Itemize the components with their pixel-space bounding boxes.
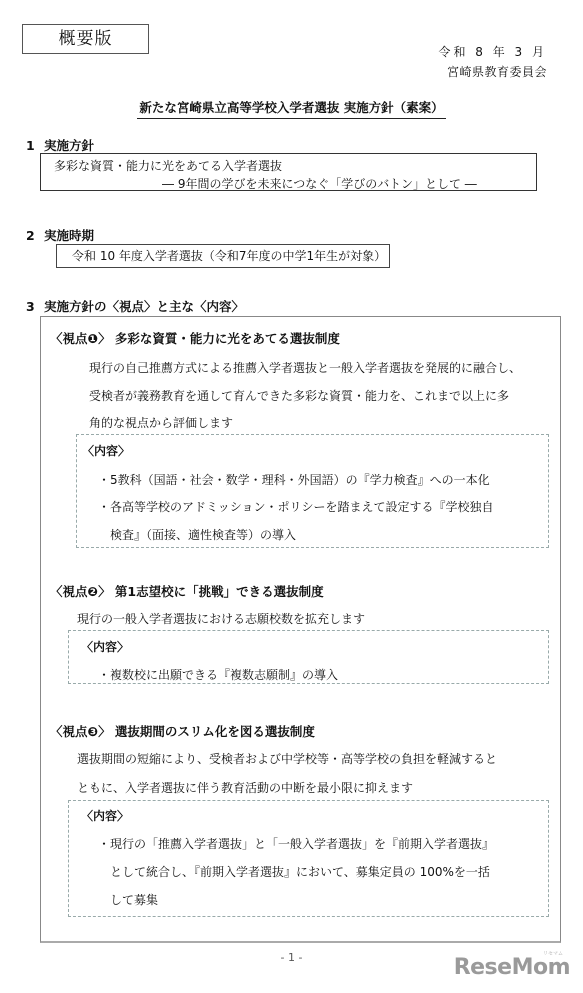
schedule-box: 令和 10 年度入学者選抜（令和7年度の中学1年生が対象） xyxy=(56,244,390,268)
content-label: 〈内容〉 xyxy=(81,807,129,824)
document-date: 令和 8 年 3 月 xyxy=(438,43,547,60)
section-3-heading: 3実施方針の〈視点〉と主な〈内容〉 xyxy=(26,297,244,315)
viewpoint-1-heading: 〈視点❶〉 多彩な資質・能力に光をあてる選抜制度 xyxy=(50,329,340,347)
resemom-watermark-logo: ReseMom xyxy=(454,955,570,980)
content-label: 〈内容〉 xyxy=(82,442,130,459)
content-item: して募集 xyxy=(98,891,158,908)
viewpoint-1-description-line: 受検者が義務教育を通して育んできた多彩な資質・能力を、これまで以上に多 xyxy=(89,387,509,404)
content-item: として統合し、『前期入学者選抜』において、募集定員の 100%を一括 xyxy=(98,863,490,880)
content-item: ・各高等学校のアドミッション・ポリシーを踏まえて設定する『学校独自 xyxy=(98,498,494,515)
content-item: ・5教科（国語・社会・数学・理科・外国語）の『学力検査』への一本化 xyxy=(98,471,490,488)
viewpoint-1-description-line: 角的な視点から評価します xyxy=(89,414,233,431)
section-2-heading: 2実施時期 xyxy=(26,226,94,244)
section-number: 2 xyxy=(26,228,44,243)
content-item: ・複数校に出願できる『複数志願制』の導入 xyxy=(98,666,338,683)
viewpoint-1-description-line: 現行の自己推薦方式による推薦入学者選抜と一般入学者選抜を発展的に融合し、 xyxy=(89,359,521,376)
section-number: 3 xyxy=(26,299,44,314)
viewpoint-3-description-line: 選抜期間の短縮により、受検者および中学校等・高等学校の負担を軽減すると xyxy=(77,750,497,767)
content-label: 〈内容〉 xyxy=(81,638,129,655)
content-item: ・現行の「推薦入学者選抜」と「一般入学者選抜」を『前期入学者選抜』 xyxy=(98,835,494,852)
section-number: 1 xyxy=(26,138,44,153)
viewpoint-3-description-line: ともに、入学者選抜に伴う教育活動の中断を最小限に抑えます xyxy=(77,779,413,796)
policy-box: 多彩な資質・能力に光をあてる入学者選抜 ― 9年間の学びを未来につなぐ「学びのバ… xyxy=(40,153,537,191)
viewpoint-2-description-line: 現行の一般入学者選抜における志願校数を拡充します xyxy=(77,610,365,627)
viewpoint-3-heading: 〈視点❸〉 選抜期間のスリム化を図る選抜制度 xyxy=(50,722,315,740)
document-title: 新たな宮崎県立高等学校入学者選抜 実施方針（素案） xyxy=(0,98,583,116)
content-item: 検査』（面接、適性検査等）の導入 xyxy=(98,526,296,543)
summary-version-badge: 概要版 xyxy=(22,24,149,54)
policy-line: 多彩な資質・能力に光をあてる入学者選抜 xyxy=(54,157,282,174)
policy-subtitle: ― 9年間の学びを未来につなぐ「学びのバトン」として ― xyxy=(162,175,477,192)
issuing-organization: 宮崎県教育委員会 xyxy=(447,63,547,80)
section-1-heading: 1実施方針 xyxy=(26,136,94,154)
viewpoint-2-heading: 〈視点❷〉 第1志望校に「挑戦」できる選抜制度 xyxy=(50,582,324,600)
